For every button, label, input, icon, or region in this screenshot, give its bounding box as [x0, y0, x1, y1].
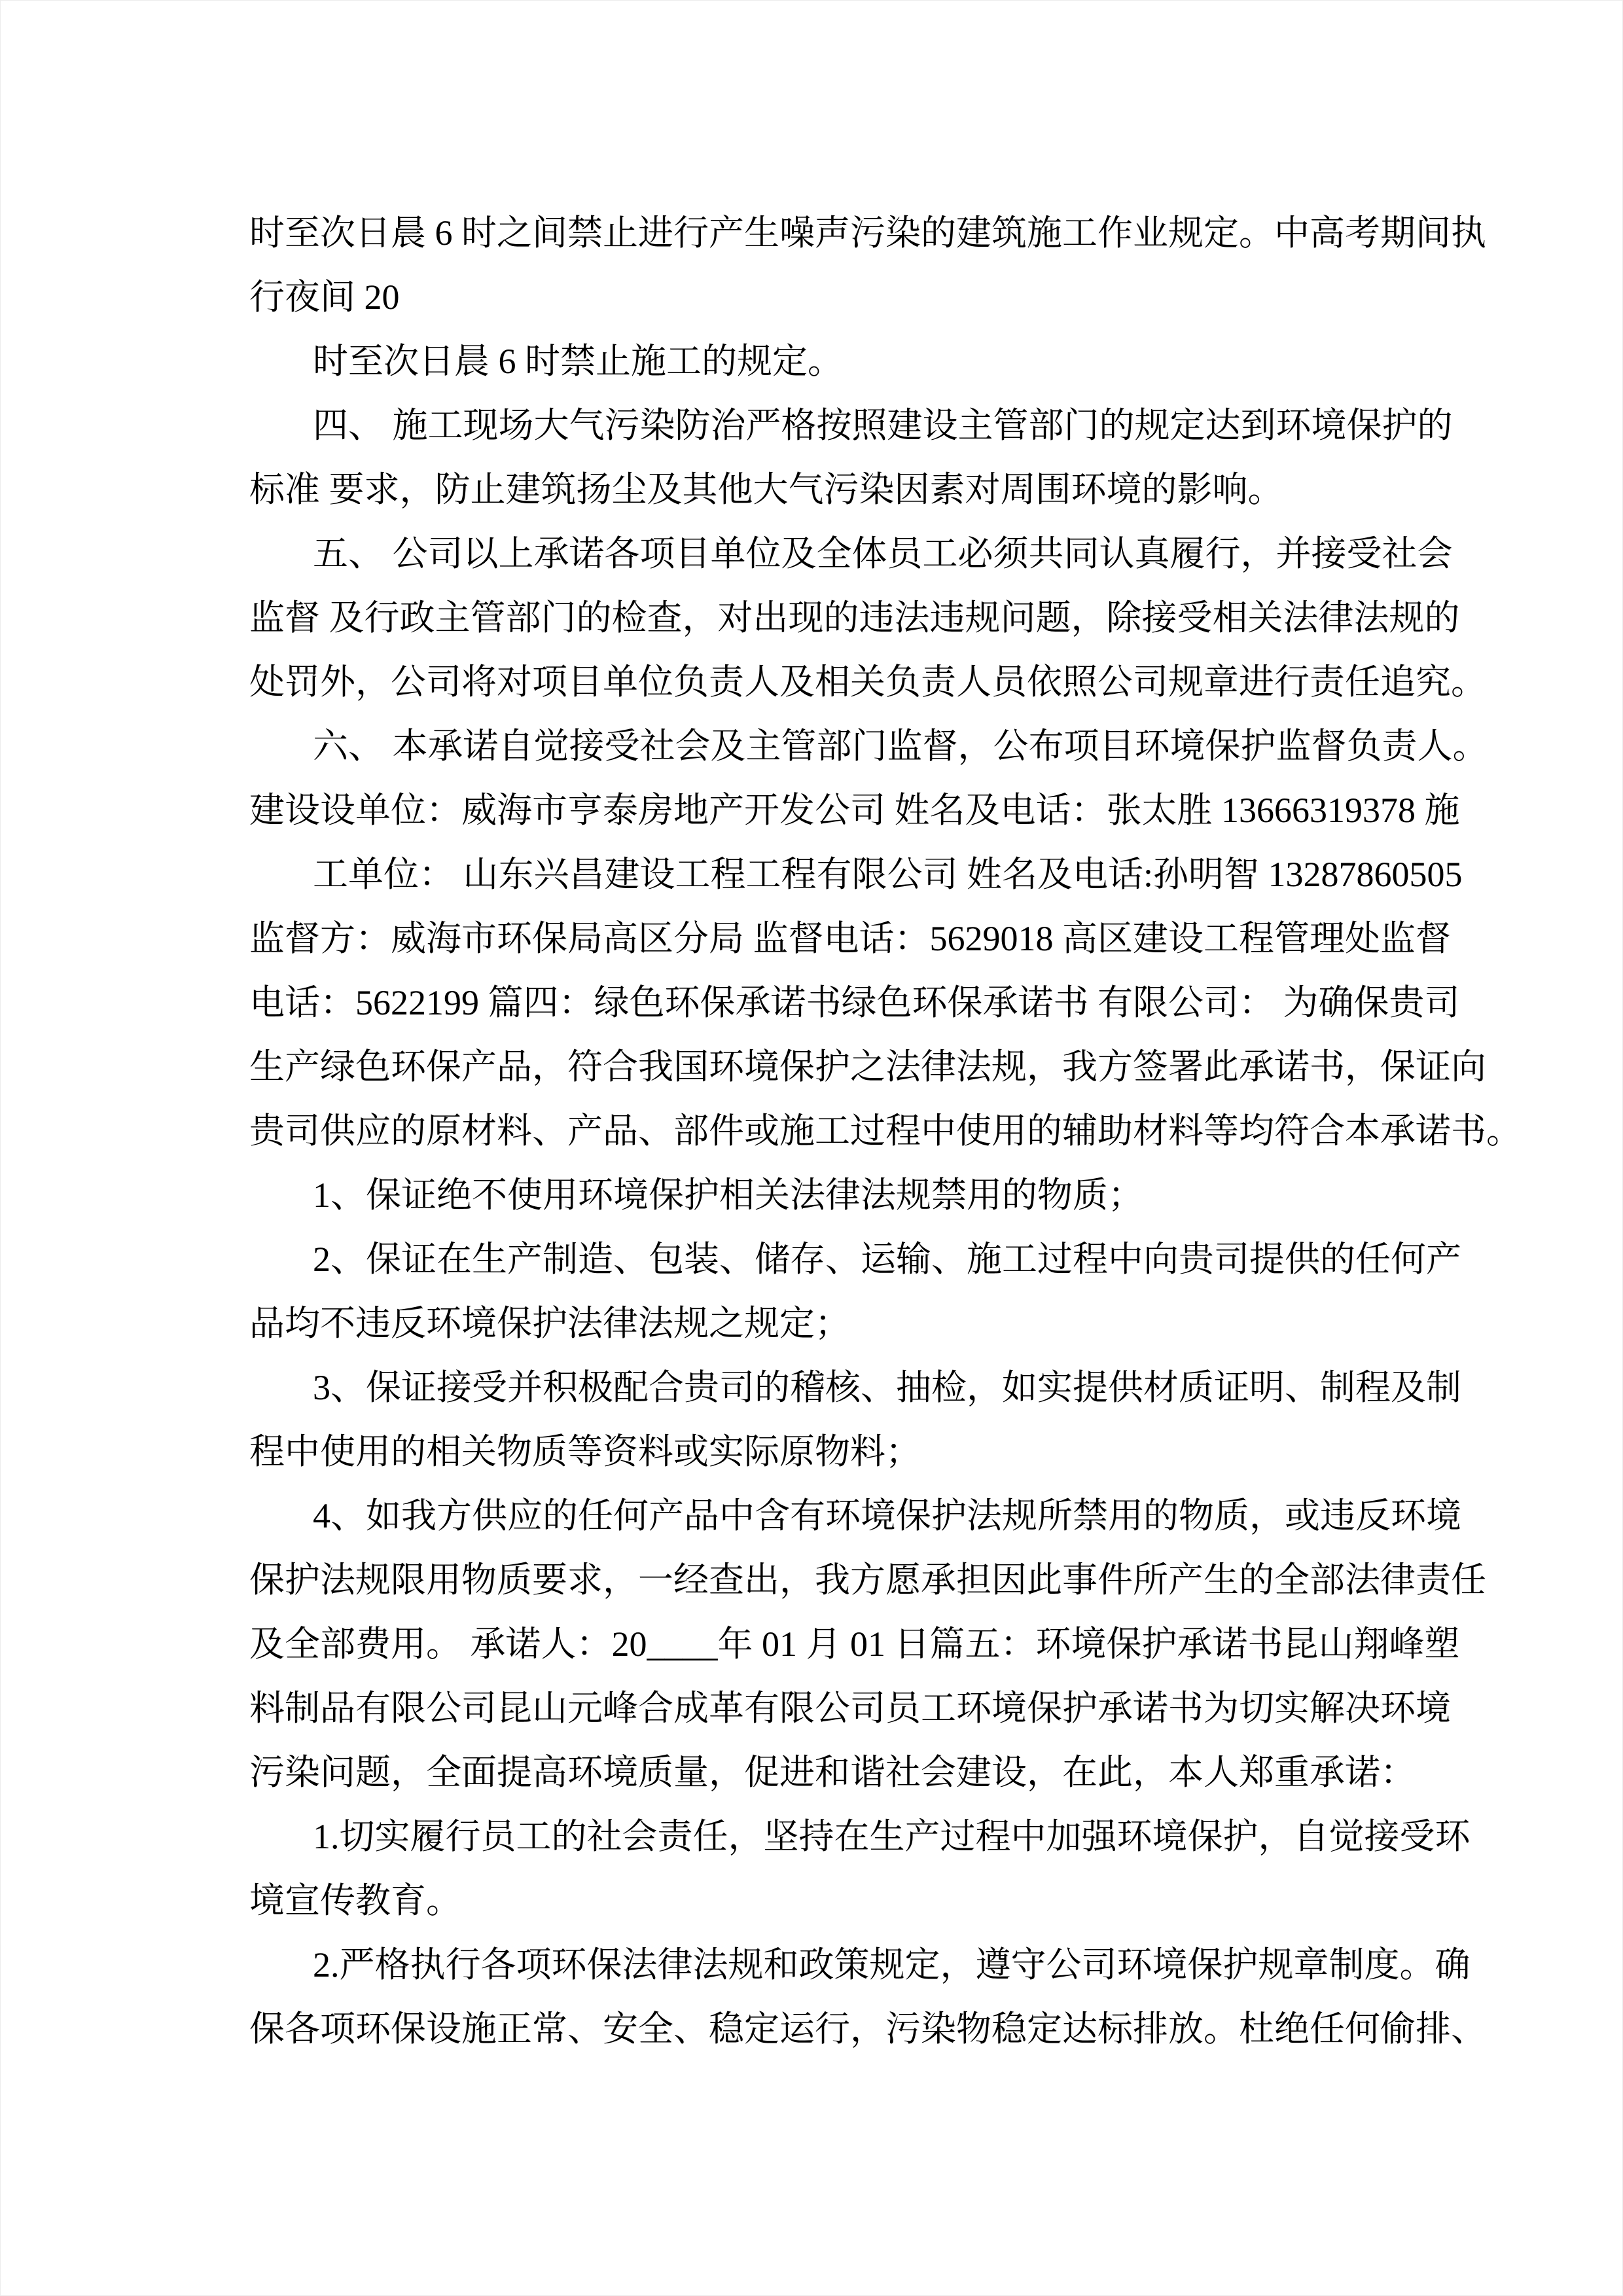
text-line: 行夜间 20 — [249, 265, 1408, 329]
text-line: 程中使用的相关物质等资料或实际原物料； — [249, 1420, 1408, 1484]
text-line: 监督方：威海市环保局高区分局 监督电话：5629018 高区建设工程管理处监督 — [249, 906, 1408, 971]
text-line: 及全部费用。 承诺人：20____年 01 月 01 日篇五：环境保护承诺书昆山… — [249, 1612, 1408, 1676]
document-page: 时至次日晨 6 时之间禁止进行产生噪声污染的建筑施工作业规定。中高考期间执行夜间… — [0, 0, 1623, 2296]
text-line: 建设设单位：威海市亨泰房地产开发公司 姓名及电话：张太胜 13666319378… — [249, 778, 1408, 842]
text-line: 境宣传教育。 — [249, 1869, 1408, 1933]
text-line: 电话：5622199 篇四：绿色环保承诺书绿色环保承诺书 有限公司： 为确保贵司 — [249, 971, 1408, 1035]
text-line: 1.切实履行员工的社会责任，坚持在生产过程中加强环境保护，自觉接受环 — [249, 1804, 1408, 1869]
text-line: 六、 本承诺自觉接受社会及主管部门监督，公布项目环境保护监督负责人。 — [249, 714, 1408, 778]
text-line: 污染问题，全面提高环境质量，促进和谐社会建设，在此，本人郑重承诺： — [249, 1740, 1408, 1804]
text-line: 3、保证接受并积极配合贵司的稽核、抽检，如实提供材质证明、制程及制 — [249, 1355, 1408, 1420]
text-line: 贵司供应的原材料、产品、部件或施工过程中使用的辅助材料等均符合本承诺书。 — [249, 1099, 1408, 1163]
document-body: 时至次日晨 6 时之间禁止进行产生噪声污染的建筑施工作业规定。中高考期间执行夜间… — [249, 201, 1408, 2061]
text-line: 时至次日晨 6 时禁止施工的规定。 — [249, 329, 1408, 393]
text-line: 保各项环保设施正常、安全、稳定运行，污染物稳定达标排放。杜绝任何偷排、 — [249, 1997, 1408, 2061]
text-line: 处罚外，公司将对项目单位负责人及相关负责人员依照公司规章进行责任追究。 — [249, 650, 1408, 714]
text-line: 标准 要求，防止建筑扬尘及其他大气污染因素对周围环境的影响。 — [249, 457, 1408, 522]
text-line: 1、保证绝不使用环境保护相关法律法规禁用的物质； — [249, 1163, 1408, 1227]
text-line: 五、 公司以上承诺各项目单位及全体员工必须共同认真履行，并接受社会 — [249, 522, 1408, 586]
text-line: 2.严格执行各项环保法律法规和政策规定，遵守公司环境保护规章制度。确 — [249, 1933, 1408, 1997]
text-line: 四、 施工现场大气污染防治严格按照建设主管部门的规定达到环境保护的 — [249, 393, 1408, 457]
text-line: 保护法规限用物质要求，一经查出，我方愿承担因此事件所产生的全部法律责任 — [249, 1548, 1408, 1612]
text-line: 生产绿色环保产品，符合我国环境保护之法律法规，我方签署此承诺书，保证向 — [249, 1035, 1408, 1099]
text-line: 工单位： 山东兴昌建设工程工程有限公司 姓名及电话:孙明智 1328786050… — [249, 842, 1408, 906]
text-line: 品均不违反环境保护法律法规之规定； — [249, 1291, 1408, 1355]
text-line: 时至次日晨 6 时之间禁止进行产生噪声污染的建筑施工作业规定。中高考期间执 — [249, 201, 1408, 265]
text-line: 2、保证在生产制造、包装、储存、运输、施工过程中向贵司提供的任何产 — [249, 1227, 1408, 1291]
text-line: 4、如我方供应的任何产品中含有环境保护法规所禁用的物质，或违反环境 — [249, 1484, 1408, 1548]
text-line: 监督 及行政主管部门的检查，对出现的违法违规问题，除接受相关法律法规的 — [249, 586, 1408, 650]
text-line: 料制品有限公司昆山元峰合成革有限公司员工环境保护承诺书为切实解决环境 — [249, 1676, 1408, 1740]
